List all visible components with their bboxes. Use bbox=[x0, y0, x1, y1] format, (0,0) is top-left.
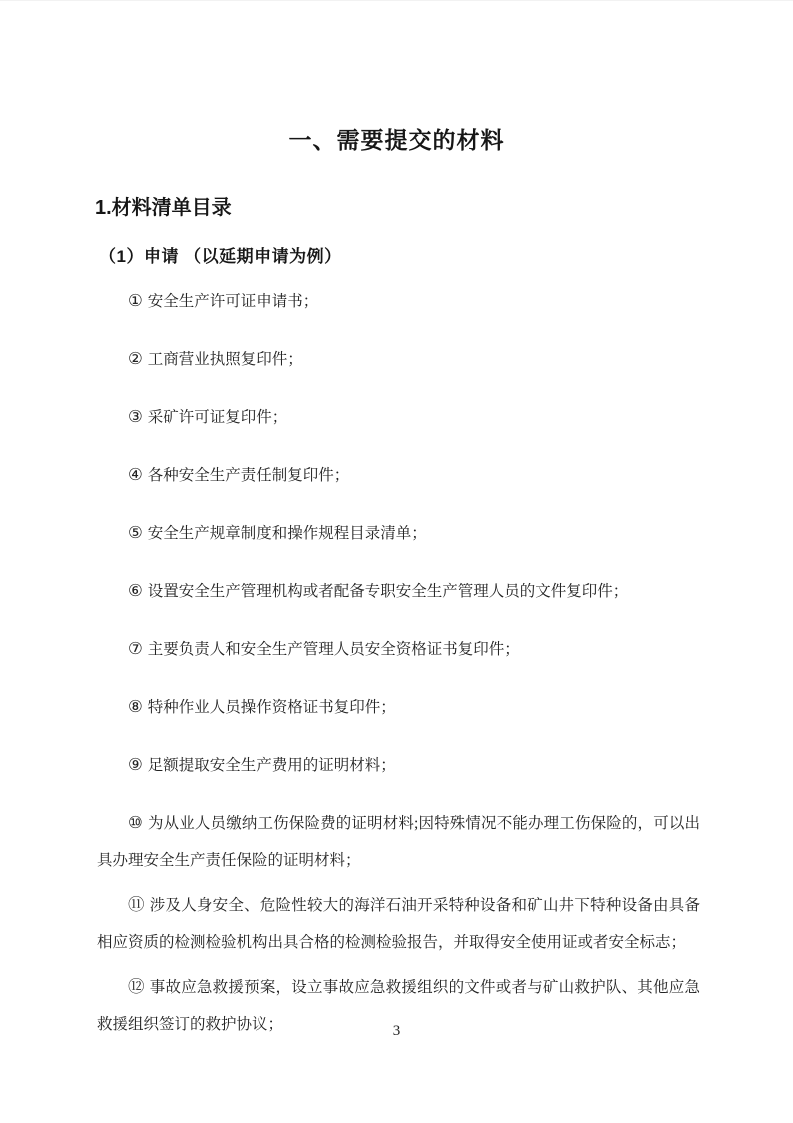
item-marker: ④ bbox=[128, 465, 143, 484]
item-marker: ⑥ bbox=[128, 581, 143, 600]
list-item: ④各种安全生产责任制复印件； bbox=[97, 456, 700, 494]
item-text: 主要负责人和安全生产管理人员安全资格证书复印件； bbox=[148, 641, 520, 658]
item-marker: ③ bbox=[128, 407, 143, 426]
item-text: 采矿许可证复印件； bbox=[148, 409, 288, 426]
list-item: ⑪涉及人身安全、危险性较大的海洋石油开采特种设备和矿山井下特种设备由具备相应资质… bbox=[97, 886, 700, 961]
document-page: 一、需要提交的材料 1.材料清单目录 （1）申请 （以延期申请为例） ①安全生产… bbox=[0, 0, 793, 1123]
list-item: ②工商营业执照复印件； bbox=[97, 340, 700, 378]
list-item: ⑥设置安全生产管理机构或者配备专职安全生产管理人员的文件复印件； bbox=[97, 572, 700, 610]
page-number: 3 bbox=[0, 1021, 793, 1041]
list-item: ⑧特种作业人员操作资格证书复印件； bbox=[97, 688, 700, 726]
list-item: ①安全生产许可证申请书； bbox=[97, 282, 700, 320]
item-text: 工商营业执照复印件； bbox=[148, 351, 303, 368]
list-item: ⑦主要负责人和安全生产管理人员安全资格证书复印件； bbox=[97, 630, 700, 668]
item-text: 设置安全生产管理机构或者配备专职安全生产管理人员的文件复印件； bbox=[148, 583, 629, 600]
item-marker: ⑤ bbox=[128, 523, 143, 542]
item-text: 安全生产规章制度和操作规程目录清单； bbox=[148, 525, 427, 542]
list-item: ③采矿许可证复印件； bbox=[97, 398, 700, 436]
list-item: ⑨足额提取安全生产费用的证明材料； bbox=[97, 746, 700, 784]
item-marker: ① bbox=[128, 291, 143, 310]
list-item: ⑩为从业人员缴纳工伤保险费的证明材料;因特殊情况不能办理工伤保险的，可以出具办理… bbox=[97, 804, 700, 879]
item-marker: ⑫ bbox=[128, 977, 145, 996]
subsection-heading: （1）申请 （以延期申请为例） bbox=[99, 245, 793, 268]
item-text: 为从业人员缴纳工伤保险费的证明材料;因特殊情况不能办理工伤保险的，可以出具办理安… bbox=[97, 815, 700, 869]
section-heading: 1.材料清单目录 bbox=[95, 196, 793, 220]
item-marker: ⑧ bbox=[128, 697, 143, 716]
item-marker: ⑩ bbox=[128, 813, 143, 832]
item-text: 涉及人身安全、危险性较大的海洋石油开采特种设备和矿山井下特种设备由具备相应资质的… bbox=[97, 897, 700, 951]
item-marker: ⑨ bbox=[128, 755, 143, 774]
item-text: 特种作业人员操作资格证书复印件； bbox=[148, 699, 396, 716]
material-list: ①安全生产许可证申请书； ②工商营业执照复印件； ③采矿许可证复印件； ④各种安… bbox=[97, 282, 700, 1043]
list-item: ⑤安全生产规章制度和操作规程目录清单； bbox=[97, 514, 700, 552]
item-marker: ⑪ bbox=[128, 895, 145, 914]
item-text: 各种安全生产责任制复印件； bbox=[148, 467, 350, 484]
document-title: 一、需要提交的材料 bbox=[0, 125, 793, 155]
item-marker: ⑦ bbox=[128, 639, 143, 658]
item-marker: ② bbox=[128, 349, 143, 368]
item-text: 足额提取安全生产费用的证明材料； bbox=[148, 757, 396, 774]
item-text: 安全生产许可证申请书； bbox=[148, 293, 319, 310]
